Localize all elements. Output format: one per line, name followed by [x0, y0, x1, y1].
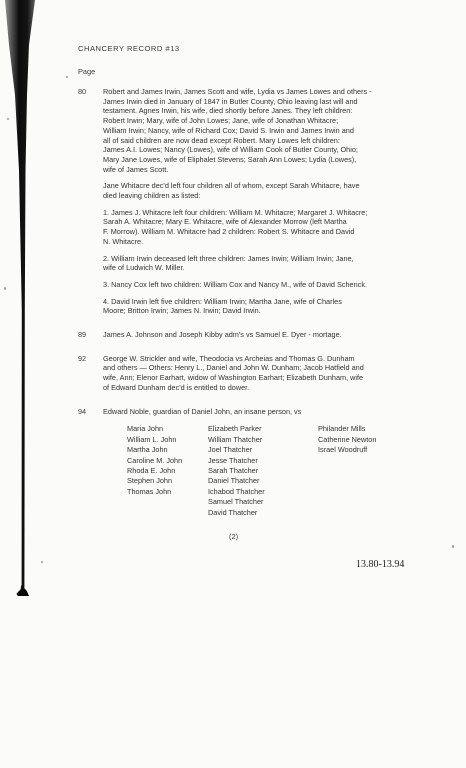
- party-name: Ichabod Thatcher: [208, 487, 318, 497]
- party-name: Rhoda E. John: [127, 466, 208, 476]
- paragraph-line: 2. William Irwin deceased left three chi…: [103, 254, 450, 264]
- entry-paragraph: Robert and James Irwin, James Scott and …: [103, 87, 450, 174]
- entry-body: George W. Strickler and wife, Theodocia …: [103, 354, 450, 393]
- entry-body: Robert and James Irwin, James Scott and …: [103, 87, 450, 316]
- entry-paragraph: James A. Johnson and Joseph Kibby adm's …: [103, 330, 450, 340]
- party-name: Thomas John: [127, 487, 208, 497]
- paragraph-line: Moore; Britton Irwin; James N. Irwin; Da…: [103, 306, 450, 316]
- entry-paragraph: George W. Strickler and wife, Theodocia …: [103, 354, 450, 393]
- paragraph-line: died leaving children as listed:: [103, 191, 450, 201]
- entry-page-number: 92: [78, 354, 103, 393]
- paragraph-line: and others — Others: Henry L., Daniel an…: [103, 363, 450, 373]
- record-entry: 92George W. Strickler and wife, Theodoci…: [78, 354, 450, 393]
- paragraph-line: 3. Nancy Cox left two children: William …: [103, 280, 450, 290]
- paragraph-line: F. Morrow). William M. Whitacre had 2 ch…: [103, 227, 450, 237]
- scan-speck: [41, 561, 43, 563]
- party-name: Martha John: [127, 445, 208, 455]
- binding-blob-artifact: [15, 585, 29, 596]
- footer-page-number: (2): [229, 532, 450, 541]
- entries-list: 80Robert and James Irwin, James Scott an…: [78, 87, 450, 518]
- paragraph-line: wife of James Scott.: [103, 165, 450, 175]
- paragraph-line: 4. David Irwin left five children: Willi…: [103, 297, 450, 307]
- entry-paragraph: Edward Noble, guardian of Daniel John, a…: [103, 407, 450, 417]
- party-name: Jesse Thatcher: [208, 456, 318, 466]
- paragraph-line: testament. Agnes Irwin, his wife, died s…: [103, 106, 450, 116]
- paragraph-line: Robert Irwin; Mary, wife of John Lowes; …: [103, 116, 450, 126]
- party-name: David Thatcher: [208, 508, 318, 518]
- binding-edge-artifact: [0, 0, 42, 600]
- paragraph-line: Robert and James Irwin, James Scott and …: [103, 87, 450, 97]
- paragraph-line: all of said children are now dead except…: [103, 136, 450, 146]
- paragraph-line: N. Whitacre.: [103, 237, 450, 247]
- scan-speck: [7, 118, 9, 120]
- entry-page-number: 89: [78, 330, 103, 340]
- entry-body: James A. Johnson and Joseph Kibby adm's …: [103, 330, 450, 340]
- record-entry: 89James A. Johnson and Joseph Kibby adm'…: [78, 330, 450, 340]
- party-name: Daniel Thatcher: [208, 476, 318, 486]
- paragraph-line: James Irwin died in January of 1847 in B…: [103, 97, 450, 107]
- entry-paragraph: 3. Nancy Cox left two children: William …: [103, 280, 450, 290]
- party-name: Stephen John: [127, 476, 208, 486]
- paragraph-line: James A.I. Lowes; Nancy (Lowes), wife of…: [103, 145, 450, 155]
- party-name: William Thatcher: [208, 435, 318, 445]
- party-name: Elizabeth Parker: [208, 424, 318, 434]
- party-name: Catherine Newton: [318, 435, 376, 445]
- scan-speck: [66, 76, 68, 78]
- paragraph-line: 1. James J. Whitacre left four children:…: [103, 208, 450, 218]
- entry-page-number: 80: [78, 87, 103, 316]
- party-name: Samuel Thatcher: [208, 497, 318, 507]
- party-name: Caroline M. John: [127, 456, 208, 466]
- party-name: Sarah Thatcher: [208, 466, 318, 476]
- page-column-label: Page: [78, 67, 450, 76]
- party-name: Maria John: [127, 424, 208, 434]
- paragraph-line: Jane Whitacre dec'd left four children a…: [103, 181, 450, 191]
- paragraph-line: Edward Noble, guardian of Daniel John, a…: [103, 407, 450, 417]
- record-entry: 80Robert and James Irwin, James Scott an…: [78, 87, 450, 316]
- record-entry: 94Edward Noble, guardian of Daniel John,…: [78, 407, 450, 518]
- scan-speck: [452, 545, 454, 548]
- entry-body: Edward Noble, guardian of Daniel John, a…: [103, 407, 450, 518]
- entry-paragraph: Jane Whitacre dec'd left four children a…: [103, 181, 450, 200]
- party-name: Joel Thatcher: [208, 445, 318, 455]
- party-name: William L. John: [127, 435, 208, 445]
- party-name-column: Philander MillsCatherine NewtonIsrael Wo…: [318, 424, 376, 518]
- paragraph-line: of Edward Dunham dec'd is entitled to do…: [103, 383, 450, 393]
- scan-speck: [4, 287, 6, 290]
- paragraph-line: William Irwin; Nancy, wife of Richard Co…: [103, 126, 450, 136]
- paragraph-line: James A. Johnson and Joseph Kibby adm's …: [103, 330, 450, 340]
- paragraph-line: wife, Ann; Elenor Earhart, widow of Wash…: [103, 373, 450, 383]
- paragraph-line: George W. Strickler and wife, Theodocia …: [103, 354, 450, 364]
- entry-paragraph: 2. William Irwin deceased left three chi…: [103, 254, 450, 273]
- party-name: Philander Mills: [318, 424, 376, 434]
- scanned-document-page: CHANCERY RECORD #13 Page 80Robert and Ja…: [0, 0, 466, 768]
- entry-page-number: 94: [78, 407, 103, 518]
- entry-paragraph: 4. David Irwin left five children: Willi…: [103, 297, 450, 316]
- paragraph-line: wife of Ludwich W. Miller.: [103, 263, 450, 273]
- party-name: Israel Woodruff: [318, 445, 376, 455]
- document-title: CHANCERY RECORD #13: [78, 44, 450, 53]
- entry-paragraph: 1. James J. Whitacre left four children:…: [103, 208, 450, 247]
- party-name-column: Maria JohnWilliam L. JohnMartha JohnCaro…: [127, 424, 208, 518]
- paragraph-line: Mary Jane Lowes, wife of Eliphalet Steve…: [103, 155, 450, 165]
- paragraph-line: Sarah A. Whitacre; Mary E. Whitacre, wif…: [103, 217, 450, 227]
- footer-reference-number: 13.80-13.94: [356, 559, 450, 570]
- party-name-column: Elizabeth ParkerWilliam ThatcherJoel Tha…: [208, 424, 318, 518]
- party-name-columns: Maria JohnWilliam L. JohnMartha JohnCaro…: [127, 424, 450, 518]
- page-content: CHANCERY RECORD #13 Page 80Robert and Ja…: [78, 44, 450, 570]
